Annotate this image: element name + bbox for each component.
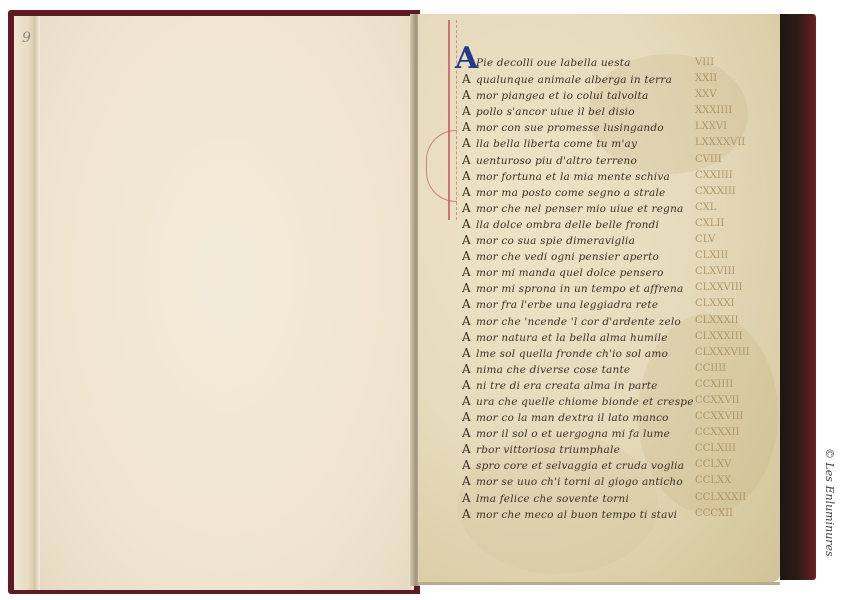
index-line: Alme sol quella fronde ch'io sol amo [462,345,712,361]
index-line: Amor ma posto come segno a strale [462,184,712,200]
index-line: Ani tre di era creata alma in parte [462,377,712,393]
index-line: Alla dolce ombra delle belle frondi [462,216,712,232]
index-line: Amor mi sprona in un tempo et affrena [462,280,712,296]
flyleaf-stub [14,16,34,590]
page-bottom-edge [420,582,780,585]
index-line: Amor piangea et io colui talvolta [462,87,712,103]
folio-references: VIII XXII XXV XXXIIII LXXVI LXXXXVII CVI… [695,55,775,522]
folio-mark: 9 [22,30,31,46]
index-line: Amor se uuo ch'i torni al giogo anticho [462,473,712,489]
index-line: Amor fortuna et la mia mente schiva [462,168,712,184]
index-line: Amor che meco al buon tempo ti stavi [462,506,712,522]
index-line: Aqualunque animale alberga in terra [462,71,712,87]
index-line: Amor natura et la bella alma humile [462,329,712,345]
index-line: Alla bella liberta come tu m'ay [462,135,712,151]
index-line: Amor il sol o et uergogna mi fa lume [462,425,712,441]
index-line: Apollo s'ancor uiue il bel disio [462,103,712,119]
index-line: Arbor vittoriosa triumphale [462,441,712,457]
left-page-blank [40,16,412,590]
index-line: Aura che quelle chiome bionde et crespe [462,393,712,409]
index-line: Amor che 'ncende 'l cor d'ardente zelo [462,313,712,329]
index-line: Amor che vedi ogni pensier aperto [462,248,712,264]
index-line: Aspro core et selvaggia et cruda voglia [462,457,712,473]
index-line: Amor che nel penser mio uiue et regna [462,200,712,216]
flyleaf-fold [34,16,39,590]
index-line: Amor co la man dextra il lato manco [462,409,712,425]
index-line: Anima che diverse cose tante [462,361,712,377]
index-text: Pie decolli oue labella uesta Aqualunque… [462,55,712,522]
index-line: Amor mi manda quel dolce pensero [462,264,712,280]
index-line: Amor fra l'erbe una leggiadra rete [462,296,712,312]
index-line: Amor con sue promesse lusingando [462,119,712,135]
book-cover-right [780,14,816,580]
index-line: Alma felice che sovente torni [462,490,712,506]
copyright-credit: © Les Enluminures [822,448,842,568]
index-line: Amor co sua spie dimeraviglia [462,232,712,248]
index-line: Pie decolli oue labella uesta [462,55,712,71]
index-line: Auenturoso piu d'altro terreno [462,152,712,168]
